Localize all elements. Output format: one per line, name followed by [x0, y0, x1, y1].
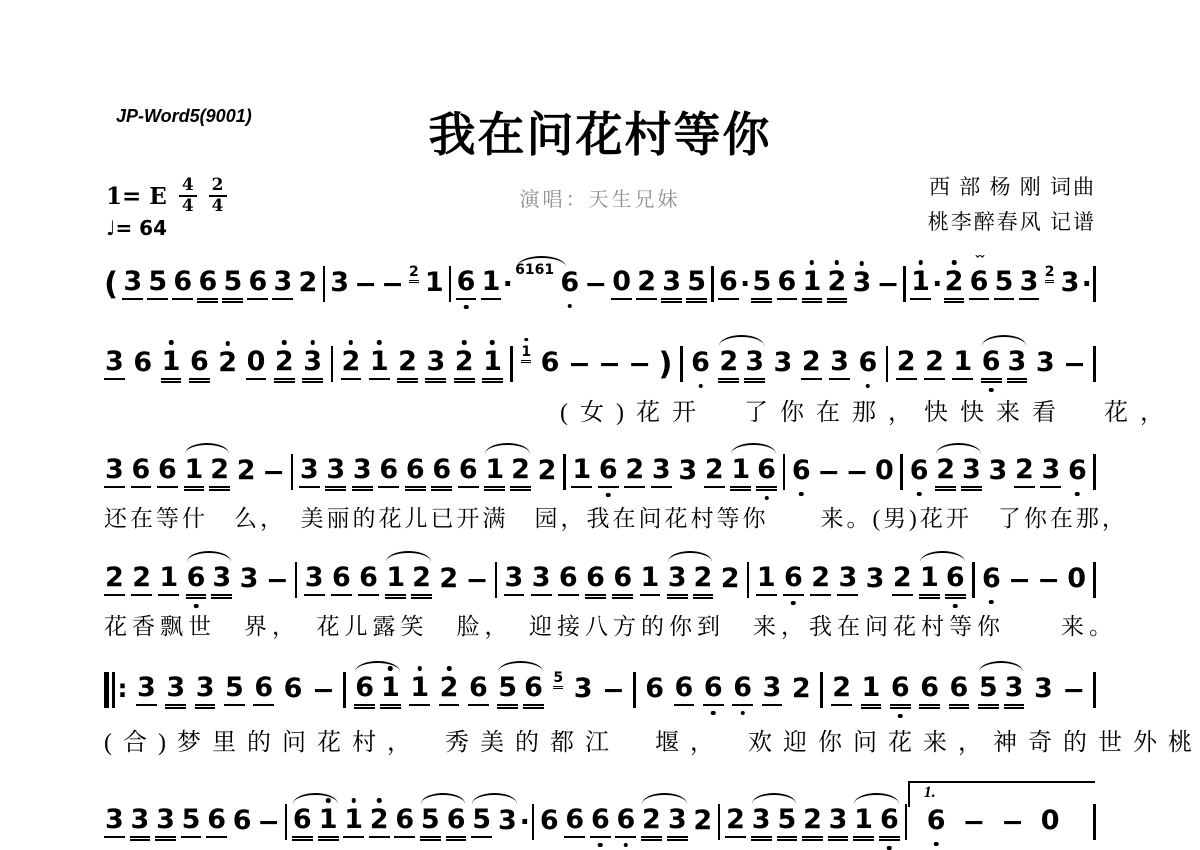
note: 2: [802, 806, 823, 838]
note: 1: [853, 806, 874, 838]
octave-dot-high: [952, 260, 957, 265]
note: 2: [274, 348, 295, 380]
note: 6: [857, 349, 878, 379]
note: 6: [206, 806, 227, 838]
octave-dot-low: [598, 843, 603, 848]
octave-dot-high: [351, 798, 356, 803]
note: 1: [409, 674, 430, 706]
repeat-thick-bar: [104, 672, 109, 708]
note: 3: [1007, 348, 1028, 380]
beam-line: [751, 301, 772, 303]
note: 2: [131, 564, 152, 596]
tie-group: 61: [292, 806, 339, 838]
lyrics-line-1: (女)花开 了你在那，快快来看 花，: [560, 392, 1176, 427]
beam-line: [612, 597, 633, 599]
bar-line: [1093, 804, 1096, 840]
octave-dot-high: [490, 340, 495, 345]
bar-line: [291, 454, 294, 490]
note: 3: [762, 674, 783, 706]
note: 6: [598, 456, 619, 488]
beam-line: [454, 381, 475, 383]
beam-line: [397, 381, 418, 383]
note: 5: [222, 268, 243, 300]
note: 6: [186, 564, 207, 596]
note: 5: [147, 268, 168, 300]
beam-line: [302, 381, 323, 383]
beam-line: [802, 301, 823, 303]
note: 0: [874, 457, 895, 487]
octave-dot-high: [349, 340, 354, 345]
note: 2: [298, 269, 319, 299]
tie-group: 53: [471, 806, 518, 838]
tempo-value: = 64: [115, 216, 167, 240]
beam-line: [718, 381, 739, 383]
beam-line: [189, 381, 210, 383]
note: 2: [692, 807, 713, 837]
tie-group: 23: [935, 456, 982, 488]
note: 6: [539, 807, 560, 837]
note: 1: [158, 564, 179, 596]
bar-line: [972, 562, 975, 598]
note: 5: [420, 806, 441, 838]
note: 6: [232, 807, 253, 837]
duration-dash: −: [584, 271, 607, 298]
note: 2: [209, 456, 230, 488]
note: 3: [165, 674, 186, 706]
beam-line: [420, 839, 441, 841]
note: 6: [564, 806, 585, 838]
duration-dash: −: [1037, 567, 1060, 594]
note: 2: [104, 564, 125, 596]
bar-line: [903, 266, 906, 302]
note: 3: [828, 806, 849, 838]
beam-line: [919, 707, 940, 709]
duration-dash: −: [381, 271, 404, 298]
note: 2: [704, 456, 725, 488]
note: 6: [919, 674, 940, 706]
duration-dash: −: [266, 567, 289, 594]
beam-line: [661, 301, 682, 303]
meter-fraction-1: 4 4: [179, 176, 197, 216]
bar-line: [449, 266, 452, 302]
octave-dot-low: [989, 600, 994, 605]
note: 6: [612, 564, 633, 596]
note: 3: [239, 565, 260, 595]
beam-line: [211, 597, 232, 599]
octave-dot-high: [525, 338, 529, 342]
beam-line: [431, 489, 452, 491]
note: 3: [773, 349, 794, 379]
augmentation-dot: ·: [520, 809, 530, 836]
augmentation-dot: ·: [932, 271, 942, 298]
beam-line: [777, 839, 798, 841]
note: 6: [131, 456, 152, 488]
note: 1: [482, 348, 503, 380]
note: 2: [217, 349, 238, 379]
octave-dot-high: [282, 340, 287, 345]
tie-arc: [719, 335, 764, 346]
meter2-top: 2: [209, 176, 227, 195]
tie-group: 12: [184, 456, 231, 488]
note: 3: [1060, 269, 1081, 299]
volta-ending-group: 1.6−−0: [912, 807, 1089, 837]
bar-line: [1093, 346, 1096, 382]
beam-line: [425, 381, 446, 383]
bar-line: [323, 266, 326, 302]
note: 6: [157, 456, 178, 488]
beam-line: [1004, 707, 1025, 709]
octave-dot-low: [567, 304, 572, 309]
music-line-3: 366122−3336666122162332166−−06233236: [104, 450, 1096, 494]
beam-line: [292, 839, 313, 841]
note: 3: [987, 457, 1008, 487]
octave-dot-low: [799, 492, 804, 497]
note: 2: [537, 457, 558, 487]
note: 2: [341, 348, 362, 380]
beam-line: [405, 489, 426, 491]
note: 6: [732, 674, 753, 706]
note: 6: [456, 268, 477, 300]
note: 3: [677, 457, 698, 487]
note: 5: [497, 674, 518, 706]
note: 6: [890, 674, 911, 706]
note: 1: [481, 268, 502, 300]
beam-line: [828, 839, 849, 841]
note: 3: [329, 269, 350, 299]
note: 6: [909, 457, 930, 487]
beam-line: [585, 597, 606, 599]
note: 2: [831, 674, 852, 706]
octave-dot-high: [310, 340, 315, 345]
note: 6: [703, 674, 724, 706]
bar-line: [783, 454, 786, 490]
credit-transcriber: 桃李醉春风 记谱: [928, 205, 1096, 240]
note: 1: [952, 348, 973, 380]
grace-notes-above: 6161: [515, 263, 554, 277]
repeat-dots: :: [118, 676, 128, 701]
beam-line: [949, 707, 970, 709]
note: 3: [1004, 674, 1025, 706]
duration-dash: −: [312, 677, 335, 704]
note: 3: [130, 806, 151, 838]
octave-dot-low: [934, 842, 939, 847]
note: 6: [949, 674, 970, 706]
note: 6: [644, 675, 665, 705]
beam-line: [693, 597, 714, 599]
note: 3: [651, 456, 672, 488]
tie-arc: [982, 335, 1027, 346]
octave-dot-high: [225, 341, 230, 346]
tie-arc: [293, 793, 338, 804]
note: 1: [484, 456, 505, 488]
note: 3: [829, 348, 850, 380]
note: 1: [919, 564, 940, 596]
credits-block: 西 部 杨 刚 词曲 桃李醉春风 记谱: [928, 170, 1096, 240]
duration-dash: −: [262, 459, 285, 486]
bar-line: [1093, 562, 1096, 598]
note: 6: [292, 806, 313, 838]
tie-group: 32: [667, 564, 714, 596]
note: 2: [641, 806, 662, 838]
note: 6: [615, 806, 636, 838]
note: 6: [197, 268, 218, 300]
bar-line: [532, 804, 535, 840]
note: 6: [523, 674, 544, 706]
note: 3: [1035, 349, 1056, 379]
duration-dash: −: [598, 351, 621, 378]
beam-line: [274, 381, 295, 383]
beam-line: [195, 707, 216, 709]
note: 1: [756, 564, 777, 596]
note: 6: [378, 456, 399, 488]
note: 5: [978, 674, 999, 706]
grace-tie-arc: [517, 256, 566, 267]
note: 6: [189, 348, 210, 380]
beam-line: [209, 489, 230, 491]
tie-arc: [485, 443, 530, 454]
bar-line: [331, 346, 334, 382]
tie-group: 63: [186, 564, 233, 596]
note: 3: [302, 348, 323, 380]
note: 3: [667, 564, 688, 596]
note: 2: [718, 348, 739, 380]
bar-line: [905, 804, 908, 840]
tie-group: 16: [730, 456, 777, 488]
note: 1: [730, 456, 751, 488]
tie-arc: [979, 661, 1024, 672]
note: 6: [331, 564, 352, 596]
bar-line: [680, 346, 683, 382]
beam-line: [222, 301, 243, 303]
duration-dash: −: [568, 351, 591, 378]
beam-line: [861, 707, 882, 709]
beam-line: [165, 707, 186, 709]
beam-line: [318, 839, 339, 841]
beam-line: [155, 839, 176, 841]
note: 2: [810, 564, 831, 596]
note: 3: [211, 564, 232, 596]
bar-line: [711, 266, 714, 302]
note: 6: [458, 456, 479, 488]
note: 2: [720, 565, 741, 595]
tie-group: 61: [354, 674, 401, 706]
note: 6: [558, 564, 579, 596]
note: 1: [571, 456, 592, 488]
tie-arc: [498, 661, 543, 672]
credit-composer: 西 部 杨 刚 词曲: [928, 170, 1096, 205]
note: 0: [1040, 807, 1061, 837]
octave-dot-high: [835, 260, 840, 265]
tie-group: 56: [420, 806, 467, 838]
beam-line: [667, 597, 688, 599]
bar-line: [886, 346, 889, 382]
note: 5: [777, 806, 798, 838]
tie-group: 16: [853, 806, 900, 838]
grace-note: 5: [553, 671, 563, 689]
duration-dash: −: [602, 677, 625, 704]
note: 2: [397, 348, 418, 380]
bar-line: [1093, 454, 1096, 490]
note: 6: [783, 564, 804, 596]
note: 3: [104, 806, 125, 838]
meter1-bottom: 4: [179, 195, 197, 216]
duration-dash: −: [628, 351, 651, 378]
note: 3: [304, 564, 325, 596]
grace-note: 2: [1045, 265, 1055, 283]
duration-dash: −: [817, 459, 840, 486]
note: 6: [879, 806, 900, 838]
note: 6: [590, 806, 611, 838]
tie-group: 35: [751, 806, 798, 838]
note: 6: [777, 268, 798, 300]
note: 3: [195, 674, 216, 706]
note: 2: [438, 565, 459, 595]
note: 3: [667, 806, 688, 838]
octave-dot-high: [169, 340, 174, 345]
note: 2: [369, 806, 390, 838]
lyrics-line-4: (合)梦里的问花村， 秀美的都江 堰， 欢迎你问花来，神奇的世外桃 源。: [104, 722, 1200, 757]
duration-dash: −: [1062, 677, 1085, 704]
bar-line: [1093, 672, 1096, 708]
beam-line: [130, 839, 151, 841]
note: 0: [1066, 565, 1087, 595]
note: 1: [802, 268, 823, 300]
note: 5: [994, 268, 1015, 300]
beam-line: [919, 597, 940, 599]
note: 6: [945, 564, 966, 596]
note: 3: [325, 456, 346, 488]
meter2-bottom: 4: [209, 195, 227, 216]
note: 2: [439, 674, 460, 706]
note: 3: [272, 268, 293, 300]
note: 3: [497, 807, 518, 837]
note: 3: [155, 806, 176, 838]
note: 3: [573, 675, 594, 705]
beam-line: [879, 839, 900, 841]
bar-line: [1093, 266, 1096, 302]
jianpu-sheet: JP-Word5(9001) 我在问花村等你 演唱：天生兄妹 西 部 杨 刚 词…: [0, 0, 1200, 850]
note: 3: [425, 348, 446, 380]
note: 6: [172, 268, 193, 300]
volta-bracket: [908, 781, 1095, 807]
note: 3: [852, 269, 873, 299]
tie-arc: [472, 793, 517, 804]
repeat-thin-bar: [112, 672, 115, 708]
beam-line: [944, 301, 965, 303]
augmentation-dot: ·: [503, 271, 513, 298]
octave-dot-low: [464, 305, 469, 310]
octave-dot-low: [698, 384, 703, 389]
music-line-5: :333566−611265653−66663221666533−: [104, 668, 1096, 712]
tie-group: 23: [641, 806, 688, 838]
tie-arc: [731, 443, 776, 454]
beam-line: [827, 301, 848, 303]
note: 3: [1040, 456, 1061, 488]
octave-dot-high: [388, 666, 393, 671]
note: 2: [236, 457, 257, 487]
note: 3: [531, 564, 552, 596]
note: 6: [981, 348, 1002, 380]
note: 1: [161, 348, 182, 380]
note: 6: [247, 268, 268, 300]
meter-fraction-2: 2 4: [209, 176, 227, 216]
beam-line: [978, 707, 999, 709]
duration-dash: −: [1008, 567, 1031, 594]
note: 3: [504, 564, 525, 596]
octave-dot-high: [810, 260, 815, 265]
beam-line: [1007, 381, 1028, 383]
note: 2: [454, 348, 475, 380]
note: 6: [926, 807, 947, 837]
note: 6: [559, 269, 580, 299]
tie-arc: [854, 793, 899, 804]
note: 1: [343, 806, 364, 838]
beam-line: [641, 839, 662, 841]
tie-arc: [187, 551, 232, 562]
beam-line: [667, 839, 688, 841]
note: 5: [686, 268, 707, 300]
beam-line: [751, 839, 772, 841]
note: 5: [751, 268, 772, 300]
note: 3: [1033, 675, 1054, 705]
note: 2: [791, 675, 812, 705]
bar-line: [820, 672, 823, 708]
bar-line: [510, 346, 513, 382]
beam-line: [354, 707, 375, 709]
tie-group: 63: [981, 348, 1028, 380]
tie-arc: [668, 551, 713, 562]
beam-line: [981, 381, 1002, 383]
note: 3: [961, 456, 982, 488]
tie-group: 56: [497, 674, 544, 706]
beam-line: [730, 489, 751, 491]
beam-line: [197, 301, 218, 303]
music-line-2: 3616202321232116−−−)6233236221633−: [104, 342, 1096, 386]
note: 6: [283, 675, 304, 705]
note: 6: [354, 674, 375, 706]
beam-line: [385, 597, 406, 599]
note: 1: [184, 456, 205, 488]
note: 6: [132, 349, 153, 379]
note: 2: [1014, 456, 1035, 488]
note: 1: [861, 674, 882, 706]
tie-arc: [185, 443, 230, 454]
note: 6: [981, 565, 1002, 595]
note: 3: [122, 268, 143, 300]
octave-dot-high: [860, 261, 865, 266]
augmentation-dot: ·: [740, 271, 750, 298]
tie-arc: [936, 443, 981, 454]
beam-line: [510, 489, 531, 491]
octave-dot-low: [866, 384, 871, 389]
music-line-1: (356656323−−2161·61616−02356·56123−1·26ˇ…: [104, 262, 1096, 306]
beam-line: [961, 489, 982, 491]
tie-arc: [752, 793, 797, 804]
note: 1: [380, 674, 401, 706]
beam-line: [484, 489, 505, 491]
note: 3: [744, 348, 765, 380]
note: 1: [640, 564, 661, 596]
grace-note: 2: [409, 265, 419, 283]
bar-line: [633, 672, 636, 708]
tie-arc: [355, 661, 400, 672]
beam-line: [325, 489, 346, 491]
note: 6: [446, 806, 467, 838]
note: 6: [791, 457, 812, 487]
note: 3: [136, 674, 157, 706]
note: 1: [318, 806, 339, 838]
note: 6: [585, 564, 606, 596]
